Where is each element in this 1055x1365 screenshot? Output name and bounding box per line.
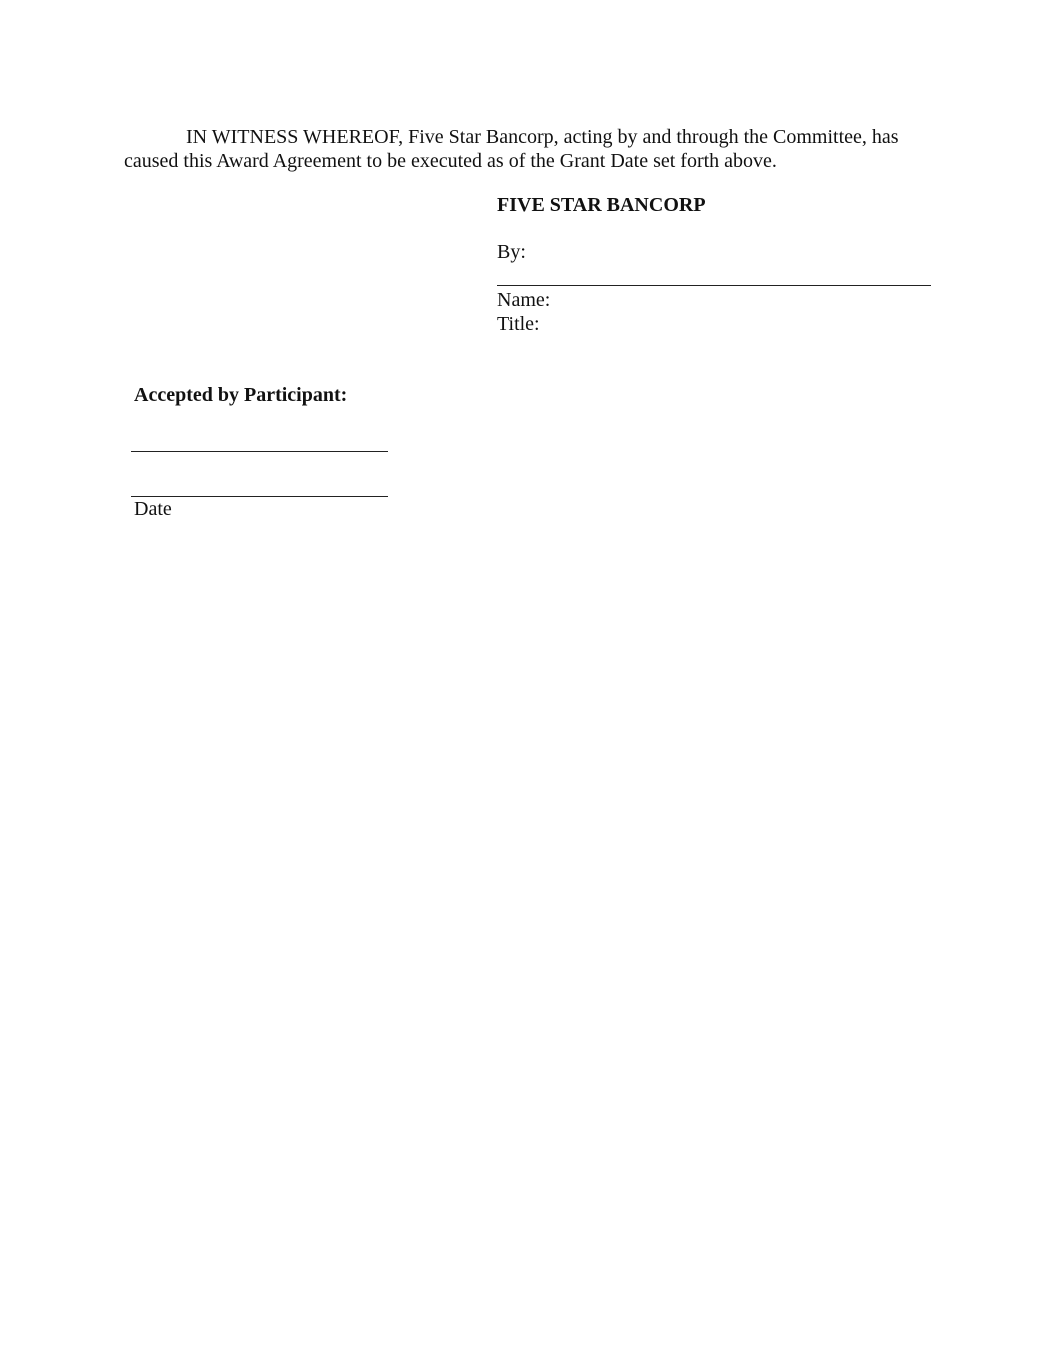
title-label: Title: [497, 313, 540, 336]
participant-signature-line [131, 451, 388, 452]
witness-clause-line-2: caused this Award Agreement to be execut… [124, 149, 777, 173]
date-label: Date [134, 498, 172, 521]
by-label: By: [497, 241, 526, 264]
name-label: Name: [497, 289, 550, 312]
company-name: FIVE STAR BANCORP [497, 194, 706, 217]
participant-date-line [131, 496, 388, 497]
company-signature-line [497, 285, 931, 286]
participant-heading: Accepted by Participant: [134, 384, 347, 407]
witness-clause-line-1: IN WITNESS WHEREOF, Five Star Bancorp, a… [186, 125, 899, 149]
